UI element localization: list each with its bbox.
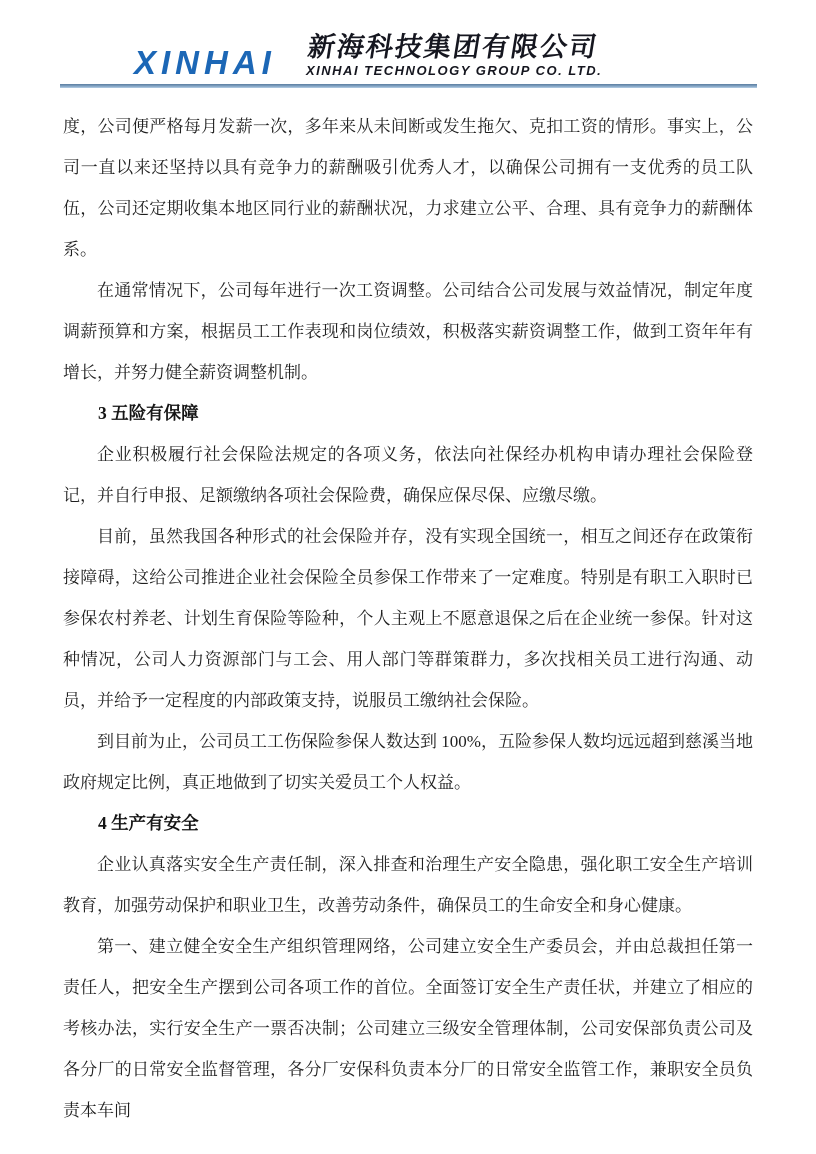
letterhead: XINHAI 新海科技集团有限公司 XINHAI TECHNOLOGY GROU… [0, 0, 816, 92]
document-body: 度，公司便严格每月发薪一次，多年来从未间断或发生拖欠、克扣工资的情形。事实上，公… [63, 106, 753, 1131]
company-name-cn: 新海科技集团有限公司 [306, 34, 606, 61]
body-paragraph: 度，公司便严格每月发薪一次，多年来从未间断或发生拖欠、克扣工资的情形。事实上，公… [63, 106, 753, 270]
body-paragraph: 在通常情况下，公司每年进行一次工资调整。公司结合公司发展与效益情况，制定年度调薪… [63, 270, 753, 393]
company-name-block: 新海科技集团有限公司 XINHAI TECHNOLOGY GROUP CO. L… [306, 34, 602, 77]
body-paragraph: 企业积极履行社会保险法规定的各项义务，依法向社保经办机构申请办理社会保险登记，并… [63, 434, 753, 516]
section-heading: 4 生产有安全 [63, 803, 753, 844]
body-paragraph: 目前，虽然我国各种形式的社会保险并存，没有实现全国统一，相互之间还存在政策衔接障… [63, 516, 753, 721]
body-paragraph: 到目前为止，公司员工工伤保险参保人数达到 100%，五险参保人数均远远超到慈溪当… [63, 721, 753, 803]
document-page: XINHAI 新海科技集团有限公司 XINHAI TECHNOLOGY GROU… [0, 0, 816, 1154]
body-paragraph: 企业认真落实安全生产责任制，深入排查和治理生产安全隐患，强化职工安全生产培训教育… [63, 844, 753, 926]
company-logo-wordmark: XINHAI [134, 46, 276, 79]
section-heading: 3 五险有保障 [63, 393, 753, 434]
company-name-en: XINHAI TECHNOLOGY GROUP CO. LTD. [306, 64, 602, 77]
body-paragraph: 第一、建立健全安全生产组织管理网络，公司建立安全生产委员会，并由总裁担任第一责任… [63, 926, 753, 1131]
letterhead-divider [60, 84, 757, 88]
